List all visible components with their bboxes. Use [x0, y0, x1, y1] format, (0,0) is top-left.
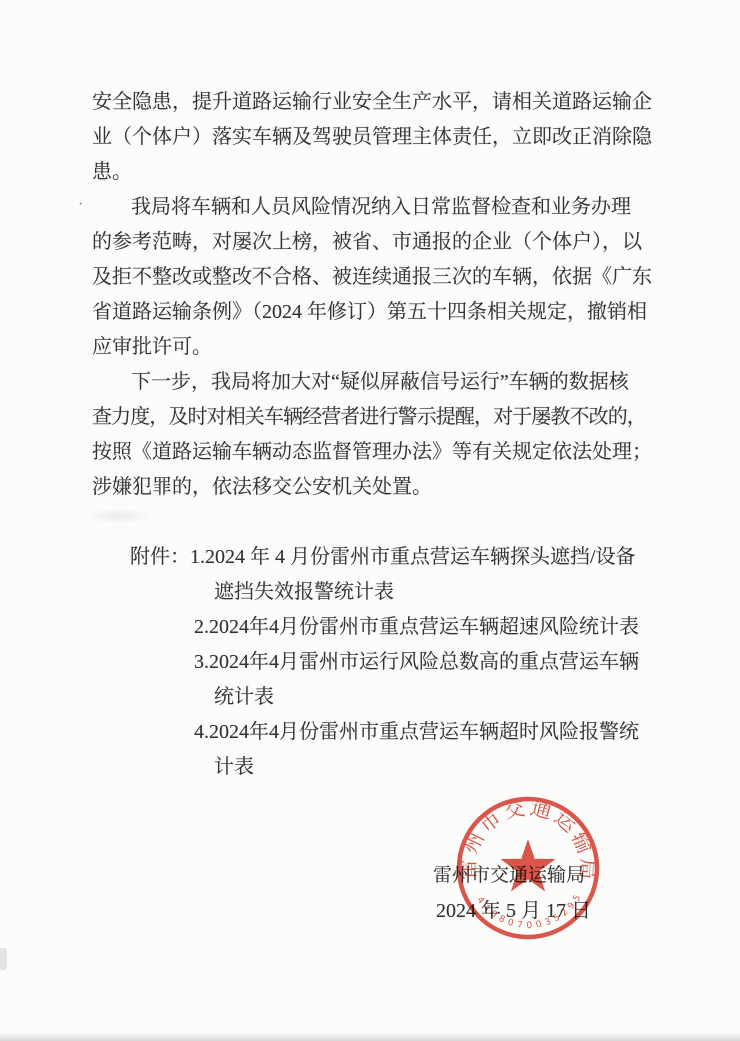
seal-star-icon	[500, 839, 555, 891]
body-line: 下一步，我局将加大对“疑似屏蔽信号运行”车辆的数据核	[131, 368, 629, 396]
attachment-line: 附件：1.2024 年 4 月份雷州市重点营运车辆探头遮挡/设备	[130, 543, 636, 571]
page-bottom-shadow	[0, 1032, 740, 1041]
body-line: 的参考范畴，对屡次上榜，被省、市通报的企业（个体户），以	[92, 228, 642, 256]
body-line: 查力度，及时对相关车辆经营者进行警示提醒，对于屡教不改的，	[92, 403, 646, 431]
body-line: 安全隐患，提升道路运输行业安全生产水平，请相关道路运输企	[92, 88, 652, 116]
attachment-line: 计表	[214, 753, 254, 781]
body-line: 按照《道路运输车辆动态监督管理办法》等有关规定依法处理；	[92, 438, 652, 466]
body-line: 及拒不整改或整改不合格、被连续通报三次的车辆，依据《广东	[92, 263, 652, 291]
body-line: 患。	[92, 158, 132, 186]
scan-dot-artifact: ·	[78, 196, 83, 214]
body-line: 省道路运输条例》（2024 年修订）第五十四条相关规定，撤销相	[92, 298, 647, 326]
attachment-line: 3.2024年4月雷州市运行风险总数高的重点营运车辆	[194, 648, 639, 676]
attachment-line: 统计表	[214, 683, 274, 711]
attachment-line: 2.2024年4月份雷州市重点营运车辆超速风险统计表	[194, 613, 639, 641]
body-line: 应审批许可。	[92, 333, 212, 361]
official-seal: 雷州市交通运输局 4408070035295	[454, 794, 602, 942]
scan-edge-artifact	[0, 948, 7, 970]
body-line: 业（个体户）落实车辆及驾驶员管理主体责任，立即改正消除隐	[92, 123, 652, 151]
scanned-document-page: 安全隐患，提升道路运输行业安全生产水平，请相关道路运输企 业（个体户）落实车辆及…	[0, 0, 740, 1041]
attachment-line: 4.2024年4月份雷州市重点营运车辆超时风险报警统	[194, 718, 639, 746]
body-line: 我局将车辆和人员风险情况纳入日常监督检查和业务办理	[131, 193, 631, 221]
attachment-line: 遮挡失效报警统计表	[214, 578, 394, 606]
body-line: 涉嫌犯罪的，依法移交公安机关处置。	[92, 473, 432, 501]
scan-smudge-artifact	[84, 508, 154, 524]
